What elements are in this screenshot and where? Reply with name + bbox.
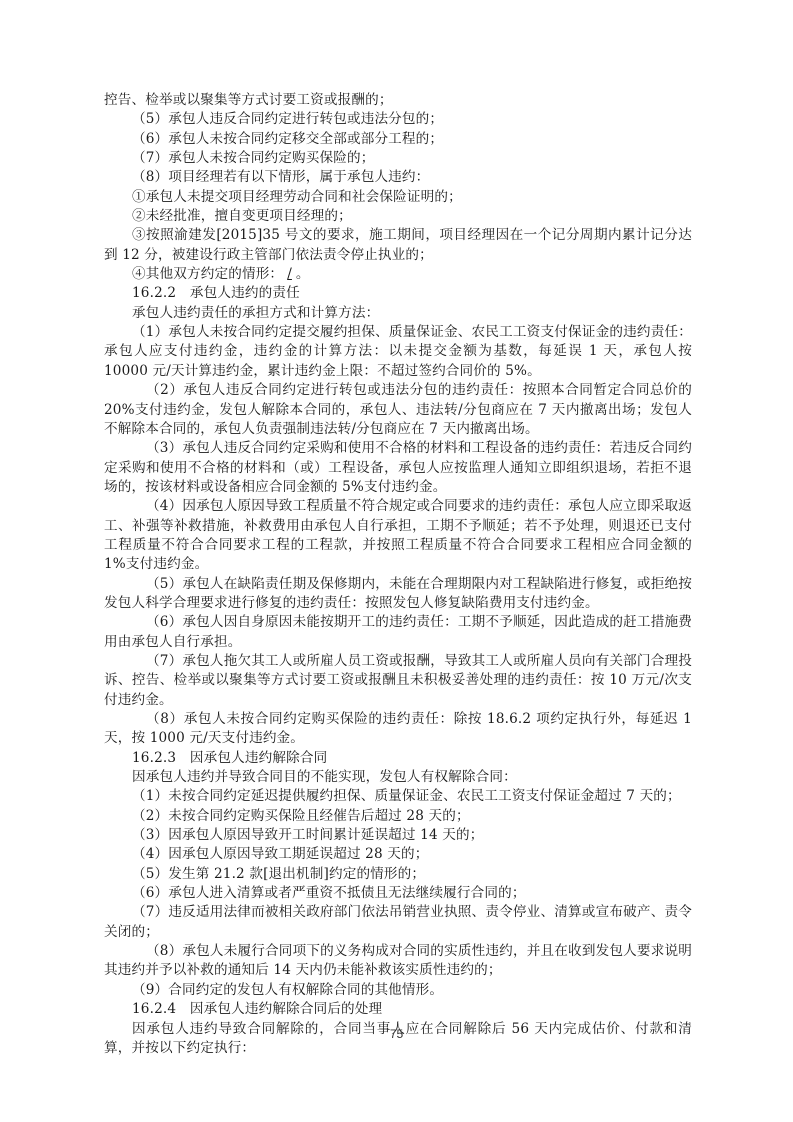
termination-item-3: （3）因承包人原因导致开工时间累计延误超过 14 天的； xyxy=(104,826,692,845)
page-number: 75 xyxy=(0,1027,793,1041)
liability-item-2: （2）承包人违反合同约定进行转包或违法分包的违约责任：按照本合同暂定合同总价的 … xyxy=(104,381,692,439)
liability-item-7: （7）承包人拖欠其工人或所雇人员工资或报酬，导致其工人或所雇人员向有关部门合理投… xyxy=(104,652,692,710)
termination-item-9: （9）合同约定的发包人有权解除合同的其他情形。 xyxy=(104,981,692,1000)
sub-item-4-end: 。 xyxy=(296,266,310,282)
section-heading-16-2-3: 16.2.3 因承包人违约解除合同 xyxy=(104,749,692,768)
blank-field: / xyxy=(283,266,296,282)
liability-item-4: （4）因承包人原因导致工程质量不符合规定或合同要求的违约责任：承包人应立即采取返… xyxy=(104,497,692,574)
section-heading-16-2-4: 16.2.4 因承包人违约解除合同后的处理 xyxy=(104,1000,692,1019)
termination-item-1: （1）未按合同约定延迟提供履约担保、质量保证金、农民工工资支付保证金超过 7 天… xyxy=(104,787,692,806)
termination-item-8: （8）承包人未履行合同项下的义务构成对合同的实质性违约，并且在收到发包人要求说明… xyxy=(104,942,692,981)
section-heading-16-2-2: 16.2.2 承包人违约的责任 xyxy=(104,284,692,303)
section-intro: 承包人违约责任的承担方式和计算方法： xyxy=(104,304,692,323)
sub-item-2: ②未经批准，擅自变更项目经理的； xyxy=(104,207,692,226)
list-item-7: （7）承包人未按合同约定购买保险的； xyxy=(104,149,692,168)
sub-item-3: ③按照渝建发[2015]35 号文的要求，施工期间，项目经理因在一个记分周期内累… xyxy=(104,226,692,265)
liability-item-1: （1）承包人未按合同约定提交履约担保、质量保证金、农民工工资支付保证金的违约责任… xyxy=(104,323,692,381)
list-item-6: （6）承包人未按合同约定移交全部或部分工程的； xyxy=(104,130,692,149)
termination-intro: 因承包人违约并导致合同目的不能实现，发包人有权解除合同： xyxy=(104,768,692,787)
liability-item-5: （5）承包人在缺陷责任期及保修期内，未能在合理期限内对工程缺陷进行修复，或拒绝按… xyxy=(104,575,692,614)
termination-item-6: （6）承包人进入清算或者严重资不抵债且无法继续履行合同的； xyxy=(104,884,692,903)
termination-item-5: （5）发生第 21.2 款[退出机制]约定的情形的； xyxy=(104,865,692,884)
liability-item-8: （8）承包人未按合同约定购买保险的违约责任：除按 18.6.2 项约定执行外，每… xyxy=(104,710,692,749)
sub-item-4-label: ④其他双方约定的情形： xyxy=(132,266,283,282)
liability-item-6: （6）承包人因自身原因未能按期开工的违约责任：工期不予顺延，因此造成的赶工措施费… xyxy=(104,613,692,652)
termination-item-2: （2）未按合同约定购买保险且经催告后超过 28 天的； xyxy=(104,807,692,826)
list-item-5: （5）承包人违反合同约定进行转包或违法分包的； xyxy=(104,110,692,129)
liability-item-3: （3）承包人违反合同约定采购和使用不合格的材料和工程设备的违约责任：若违反合同约… xyxy=(104,439,692,497)
sub-item-1: ①承包人未提交项目经理劳动合同和社会保险证明的； xyxy=(104,188,692,207)
sub-item-4: ④其他双方约定的情形：/。 xyxy=(104,265,692,284)
list-item-8: （8）项目经理若有以下情形，属于承包人违约： xyxy=(104,168,692,187)
termination-item-7: （7）违反适用法律而被相关政府部门依法吊销营业执照、责令停业、清算或宣布破产、责… xyxy=(104,903,692,942)
termination-item-4: （4）因承包人原因导致工期延误超过 28 天的； xyxy=(104,845,692,864)
paragraph-continuation: 控告、检举或以聚集等方式讨要工资或报酬的； xyxy=(104,91,692,110)
document-page: 控告、检举或以聚集等方式讨要工资或报酬的； （5）承包人违反合同约定进行转包或违… xyxy=(104,91,692,1058)
